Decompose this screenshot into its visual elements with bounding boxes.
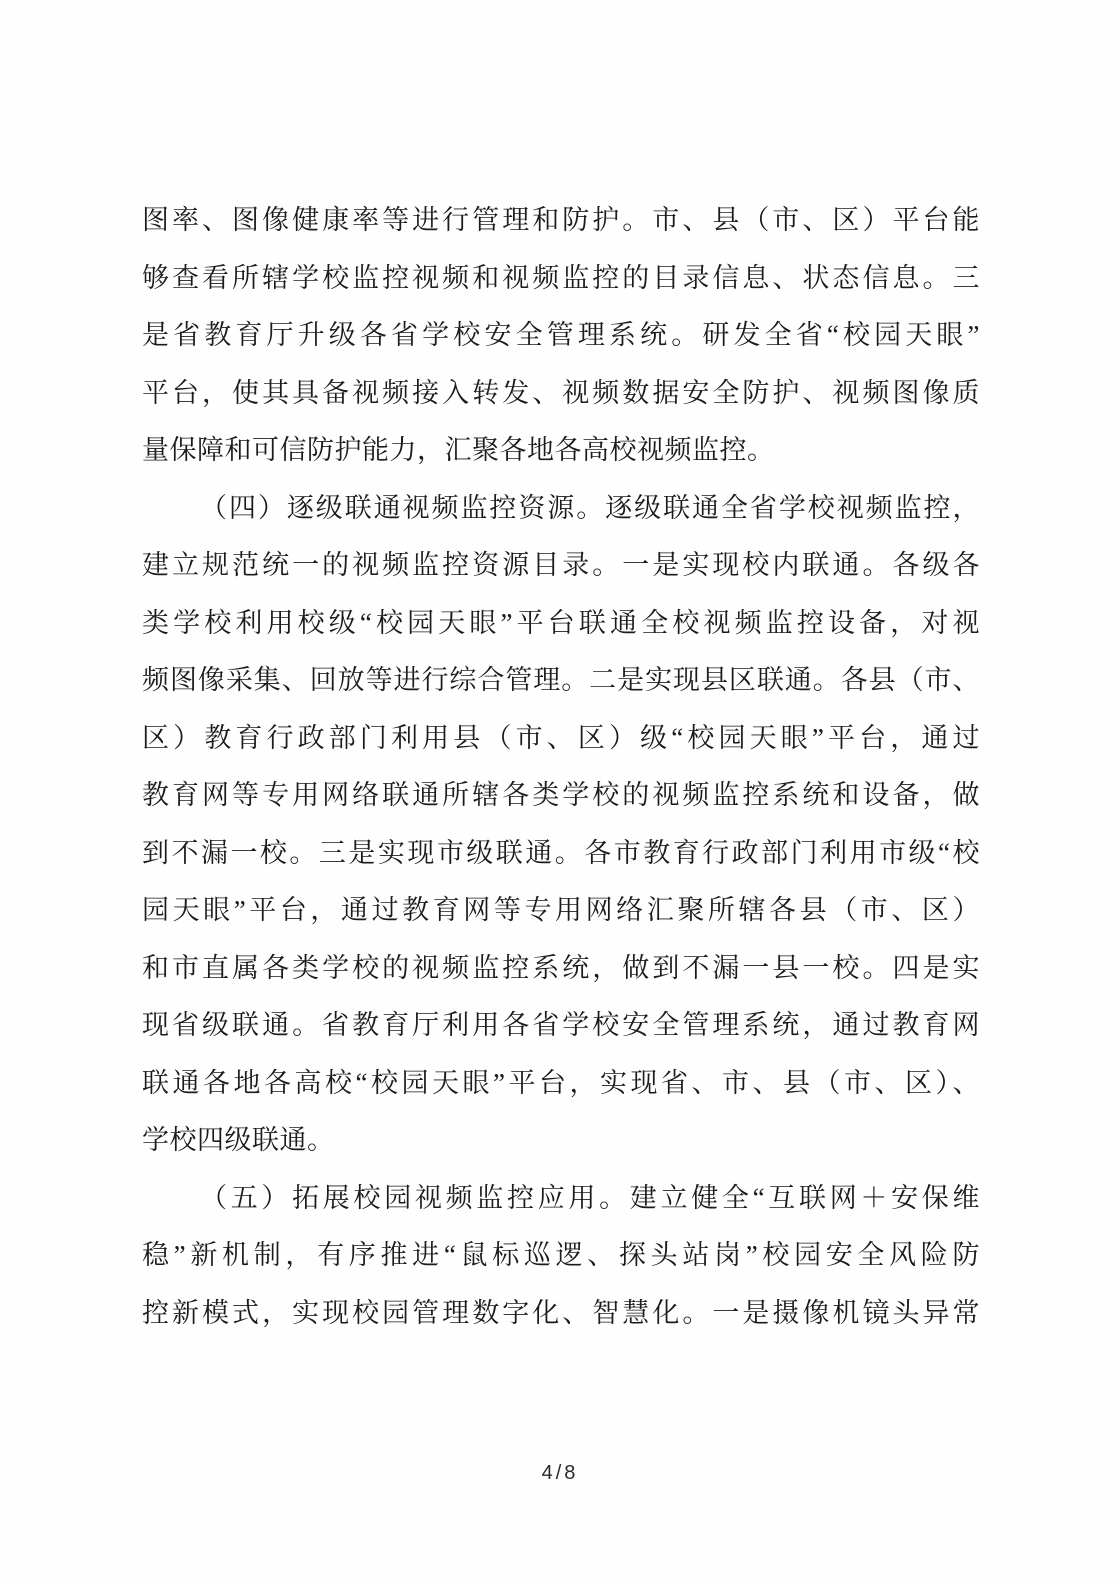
- document-text-block: 图率、图像健康率等进行管理和防护。市、县（市、区）平台能够查看所辖学校监控视频和…: [142, 192, 980, 1342]
- text-line: 园天眼”平台，通过教育网等专用网络汇聚所辖各县（市、区）: [142, 882, 980, 940]
- text-line: 到不漏一校。三是实现市级联通。各市教育行政部门利用市级“校: [142, 825, 980, 883]
- text-line: 是省教育厅升级各省学校安全管理系统。研发全省“校园天眼”: [142, 307, 980, 365]
- text-line: （四）逐级联通视频监控资源。逐级联通全省学校视频监控，: [142, 480, 980, 538]
- text-line: 联通各地各高校“校园天眼”平台，实现省、市、县（市、区）、: [142, 1055, 980, 1113]
- text-line: 现省级联通。省教育厅利用各省学校安全管理系统，通过教育网: [142, 997, 980, 1055]
- document-page: 图率、图像健康率等进行管理和防护。市、县（市、区）平台能够查看所辖学校监控视频和…: [0, 0, 1120, 1584]
- text-line: （五）拓展校园视频监控应用。建立健全“互联网＋安保维: [142, 1170, 980, 1228]
- text-line: 区）教育行政部门利用县（市、区）级“校园天眼”平台，通过: [142, 710, 980, 768]
- text-line: 稳”新机制，有序推进“鼠标巡逻、探头站岗”校园安全风险防: [142, 1227, 980, 1285]
- text-line: 建立规范统一的视频监控资源目录。一是实现校内联通。各级各: [142, 537, 980, 595]
- text-line: 和市直属各类学校的视频监控系统，做到不漏一县一校。四是实: [142, 940, 980, 998]
- text-line: 频图像采集、回放等进行综合管理。二是实现县区联通。各县（市、: [142, 652, 980, 710]
- text-line: 学校四级联通。: [142, 1112, 980, 1170]
- text-line: 控新模式，实现校园管理数字化、智慧化。一是摄像机镜头异常: [142, 1285, 980, 1343]
- text-line: 量保障和可信防护能力，汇聚各地各高校视频监控。: [142, 422, 980, 480]
- text-line: 教育网等专用网络联通所辖各类学校的视频监控系统和设备，做: [142, 767, 980, 825]
- text-line: 够查看所辖学校监控视频和视频监控的目录信息、状态信息。三: [142, 250, 980, 308]
- text-line: 类学校利用校级“校园天眼”平台联通全校视频监控设备，对视: [142, 595, 980, 653]
- page-number: 4/8: [0, 1462, 1120, 1485]
- text-line: 平台，使其具备视频接入转发、视频数据安全防护、视频图像质: [142, 365, 980, 423]
- text-line: 图率、图像健康率等进行管理和防护。市、县（市、区）平台能: [142, 192, 980, 250]
